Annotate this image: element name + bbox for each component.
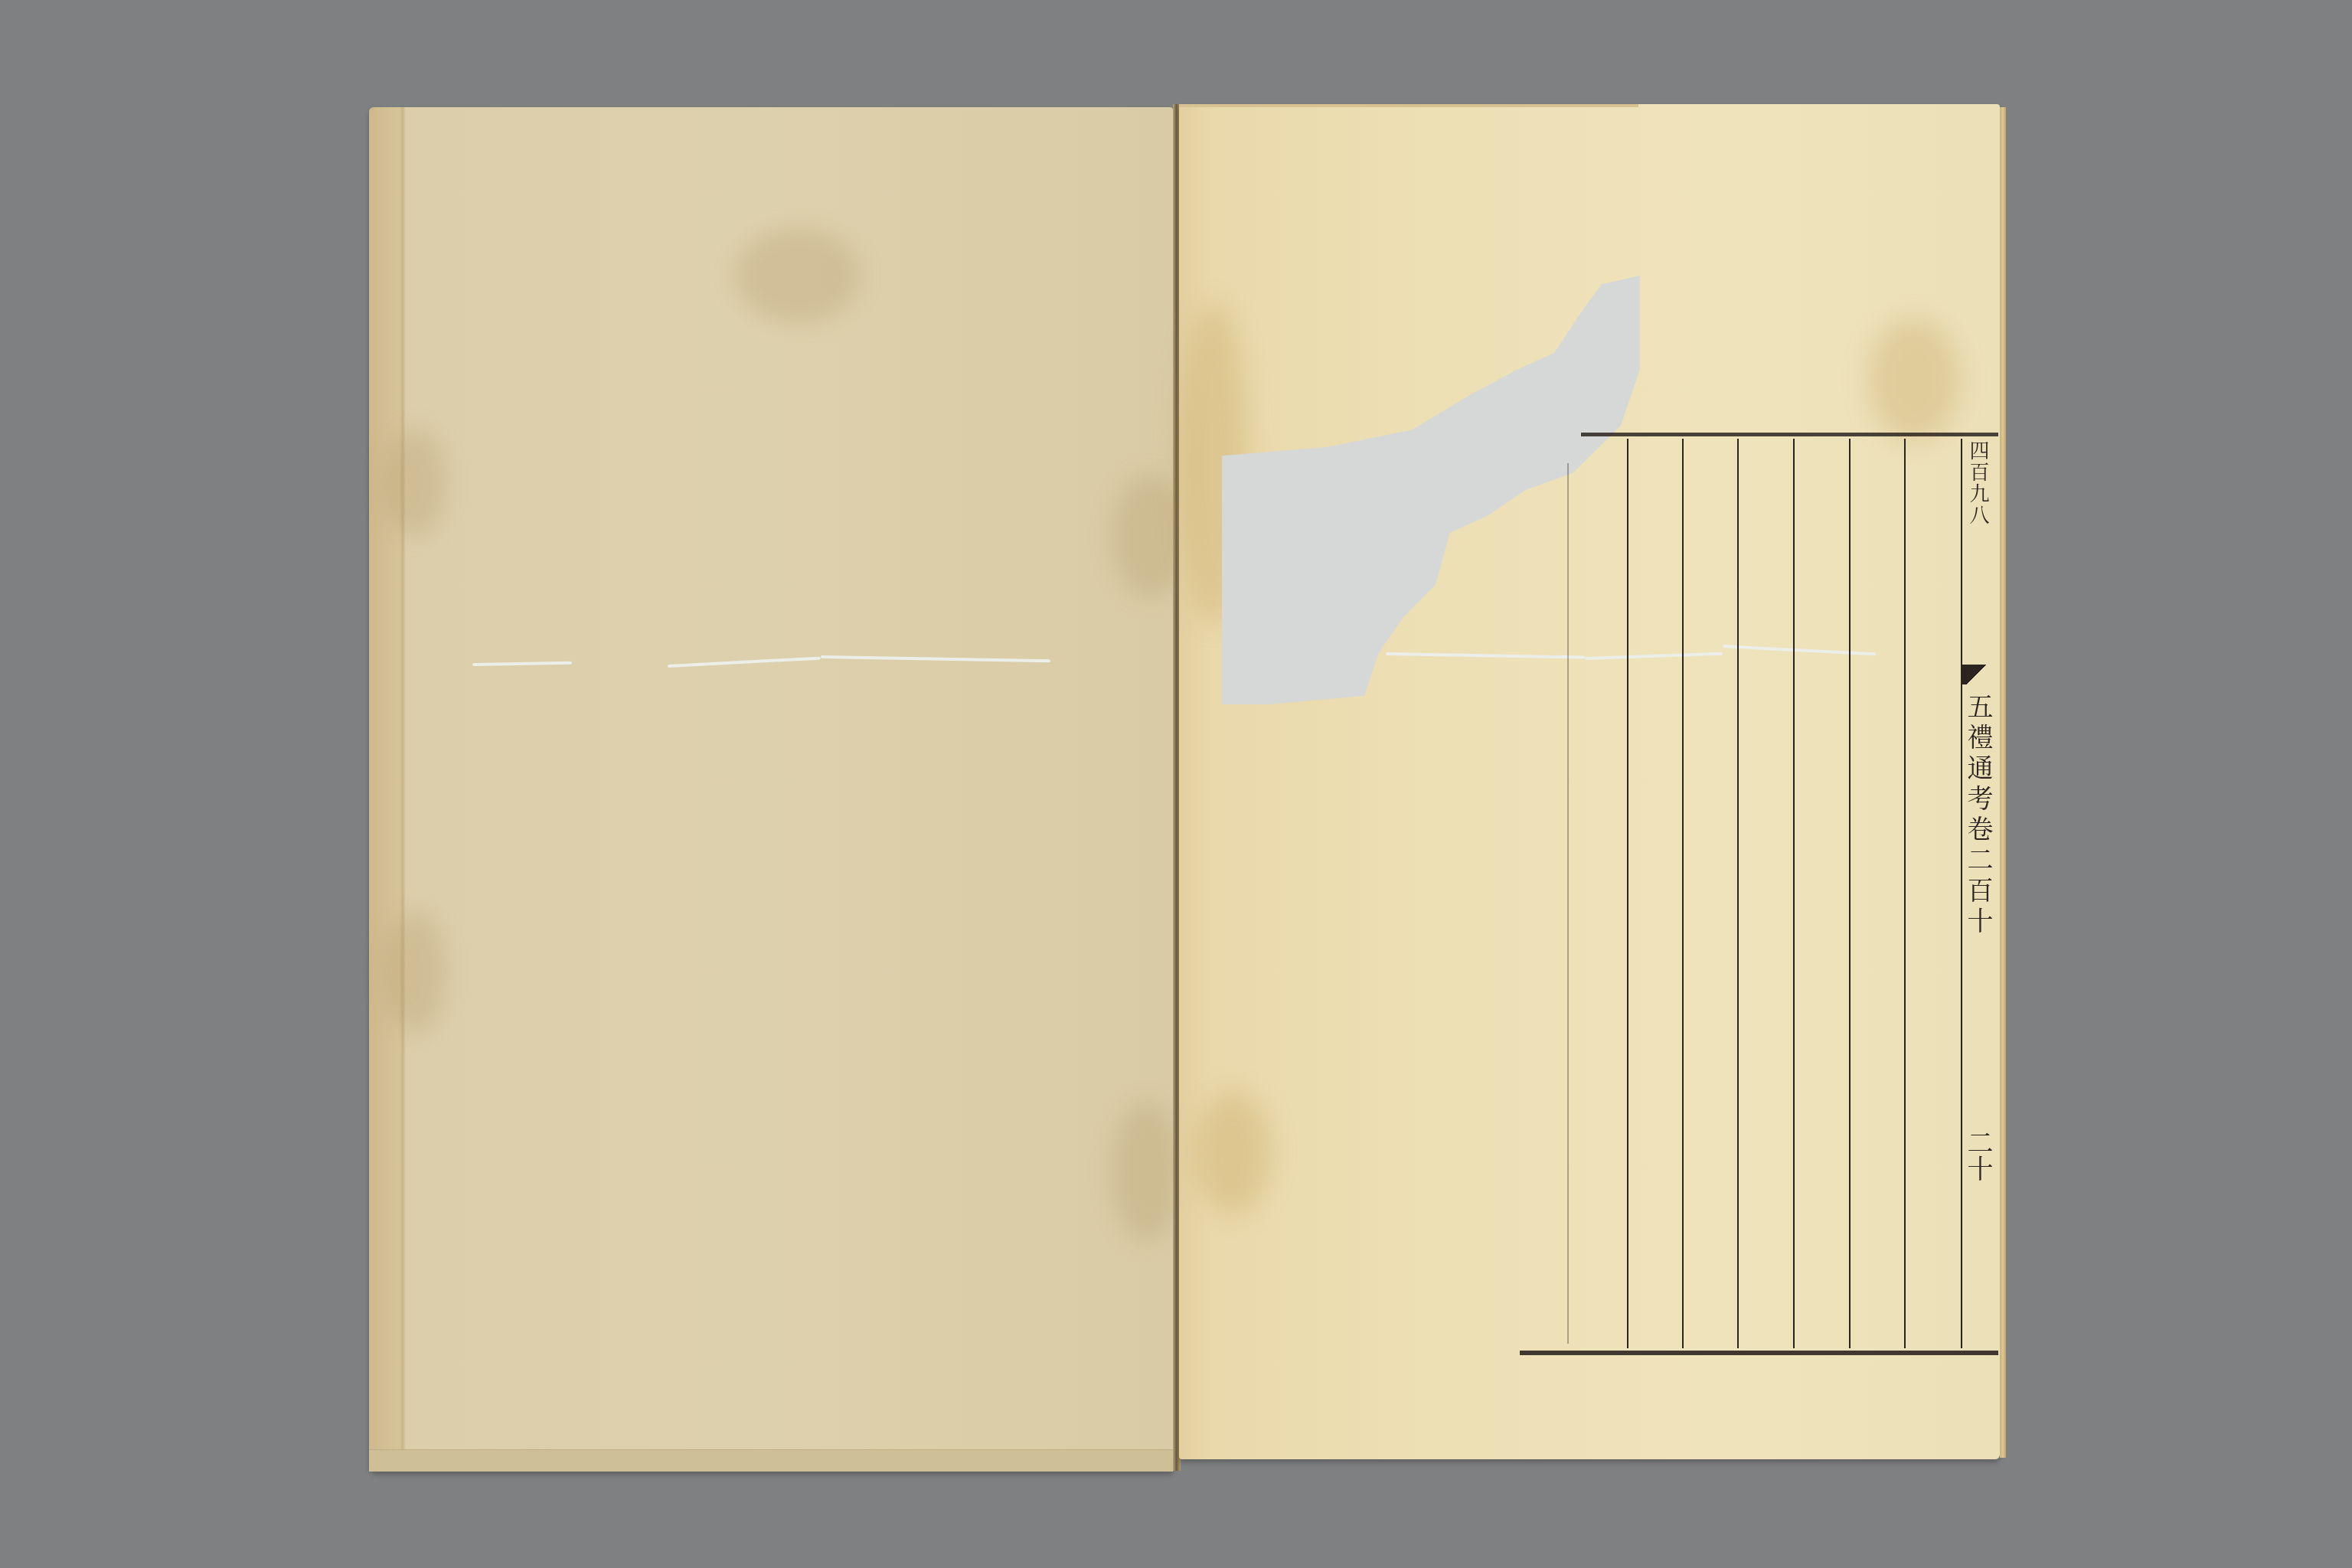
grid-column-line <box>1904 439 1906 1348</box>
grid-column-line <box>1849 439 1851 1348</box>
crack-line <box>472 661 572 666</box>
grid-column-line <box>1737 439 1739 1348</box>
page-stack-edge <box>2000 107 2006 1458</box>
stain <box>1194 1092 1271 1214</box>
grid-top-border <box>1581 433 1998 436</box>
printed-grid-frame <box>1520 433 1998 1355</box>
banxin-title: 五禮通考卷二百十 <box>1969 693 1997 938</box>
crack-line <box>668 657 821 668</box>
fish-tail-mark-icon <box>1962 665 1990 684</box>
top-flap-edge <box>1179 104 1638 107</box>
stain <box>1112 1102 1181 1240</box>
grid-column-line <box>1793 439 1795 1348</box>
banxin-page-count: 四百九八 <box>1966 440 1992 526</box>
crack-line <box>821 655 1050 662</box>
stain <box>1868 318 1960 441</box>
grid-column-line <box>1682 439 1684 1348</box>
stain <box>384 429 446 536</box>
left-page <box>369 107 1173 1472</box>
grid-column-line <box>1567 463 1569 1344</box>
grid-column-line <box>1627 439 1628 1348</box>
grid-bottom-border <box>1520 1351 1998 1355</box>
stain <box>384 911 446 1034</box>
stain <box>737 230 859 322</box>
left-page-bottom-fold <box>369 1449 1173 1472</box>
banxin-leaf-number: 二十 <box>1969 1129 1997 1181</box>
